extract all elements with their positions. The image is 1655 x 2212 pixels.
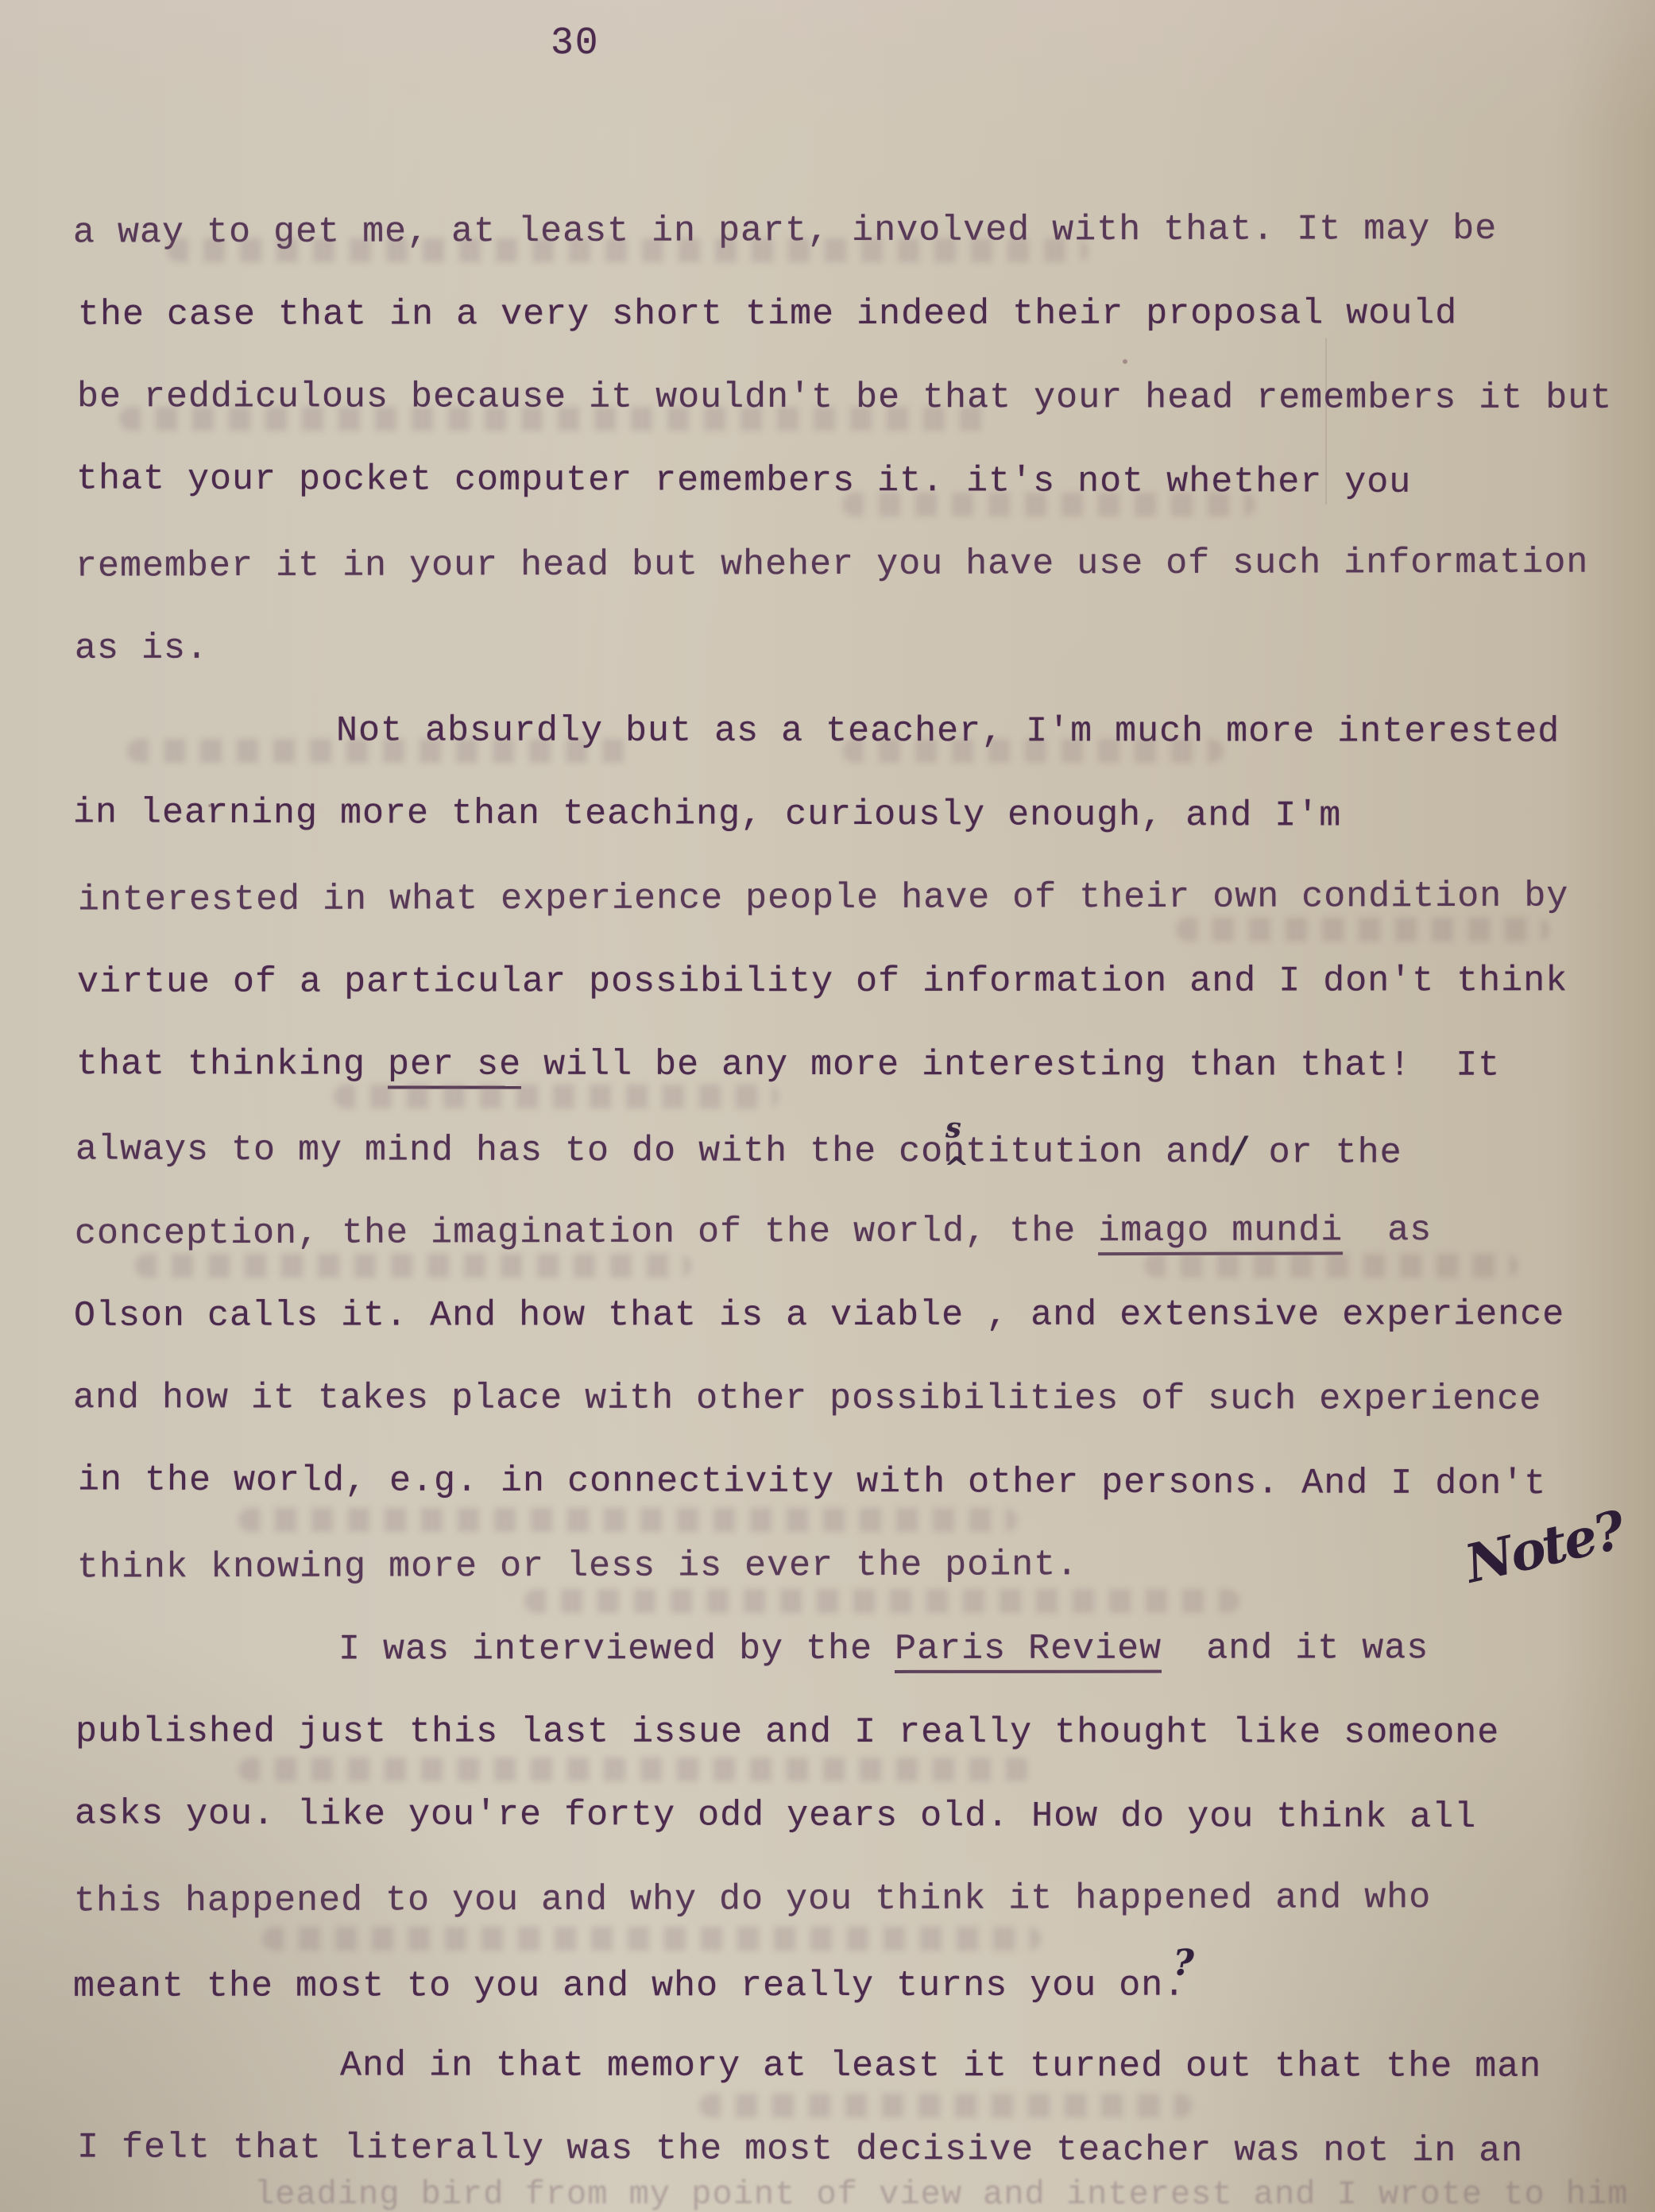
bleed-through bbox=[842, 493, 1255, 516]
bleed-through bbox=[334, 1085, 779, 1108]
typed-line: in learning more than teaching, curiousl… bbox=[73, 771, 1614, 858]
bleed-through bbox=[1144, 1254, 1518, 1278]
bleed-through bbox=[238, 1758, 1033, 1781]
typed-line: asks you. like you're forty odd years ol… bbox=[75, 1772, 1616, 1859]
bleed-through bbox=[167, 238, 1089, 262]
typed-line: the case that in a very short time indee… bbox=[78, 272, 1619, 357]
bleed-through bbox=[262, 1927, 1041, 1951]
bleed-through bbox=[238, 1508, 1017, 1532]
bleed-through bbox=[524, 1589, 1239, 1613]
paper-speck bbox=[1238, 1824, 1241, 1827]
typed-line: as is. bbox=[75, 605, 1616, 690]
typed-line: always to my mind has to do with the cos… bbox=[75, 1104, 1617, 1192]
typed-line: I was interviewed by the Paris Review an… bbox=[76, 1607, 1618, 1692]
bleed-through bbox=[1176, 918, 1549, 942]
bleed-through bbox=[842, 739, 1224, 763]
paper-speck bbox=[208, 804, 211, 807]
bleed-through bbox=[699, 2094, 1192, 2117]
typed-line: meant the most to you and who really tur… bbox=[73, 1940, 1614, 2025]
bleed-through bbox=[119, 407, 993, 431]
page-number: 30 bbox=[551, 22, 600, 65]
bleed-through bbox=[135, 1254, 691, 1278]
typed-line: Olson calls it. And how that is a viable… bbox=[74, 1273, 1615, 1358]
typed-line: virtue of a particular possibility of in… bbox=[77, 939, 1618, 1024]
typed-line: and how it takes place with other possib… bbox=[73, 1356, 1614, 1441]
bleed-through bbox=[127, 739, 636, 763]
typed-text: a way to get me, at least in part, invol… bbox=[75, 189, 1617, 2191]
typed-line: remember it in your head but wheher you … bbox=[75, 520, 1617, 608]
document-page: 30 a way to get me, at least in part, in… bbox=[0, 0, 1655, 2212]
typed-line: that thinking per se will be any more in… bbox=[76, 1023, 1618, 1108]
paper-speck bbox=[1123, 359, 1127, 364]
paper-crease bbox=[1325, 338, 1327, 505]
bleed-through-text: leading bird from my point of view and i… bbox=[254, 2175, 1628, 2212]
